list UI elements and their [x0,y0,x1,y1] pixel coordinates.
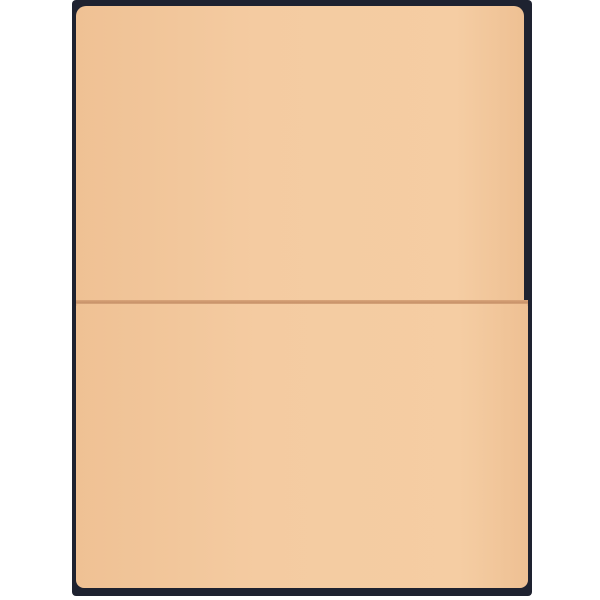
page-17 [76,304,528,588]
page-16 [76,6,524,302]
